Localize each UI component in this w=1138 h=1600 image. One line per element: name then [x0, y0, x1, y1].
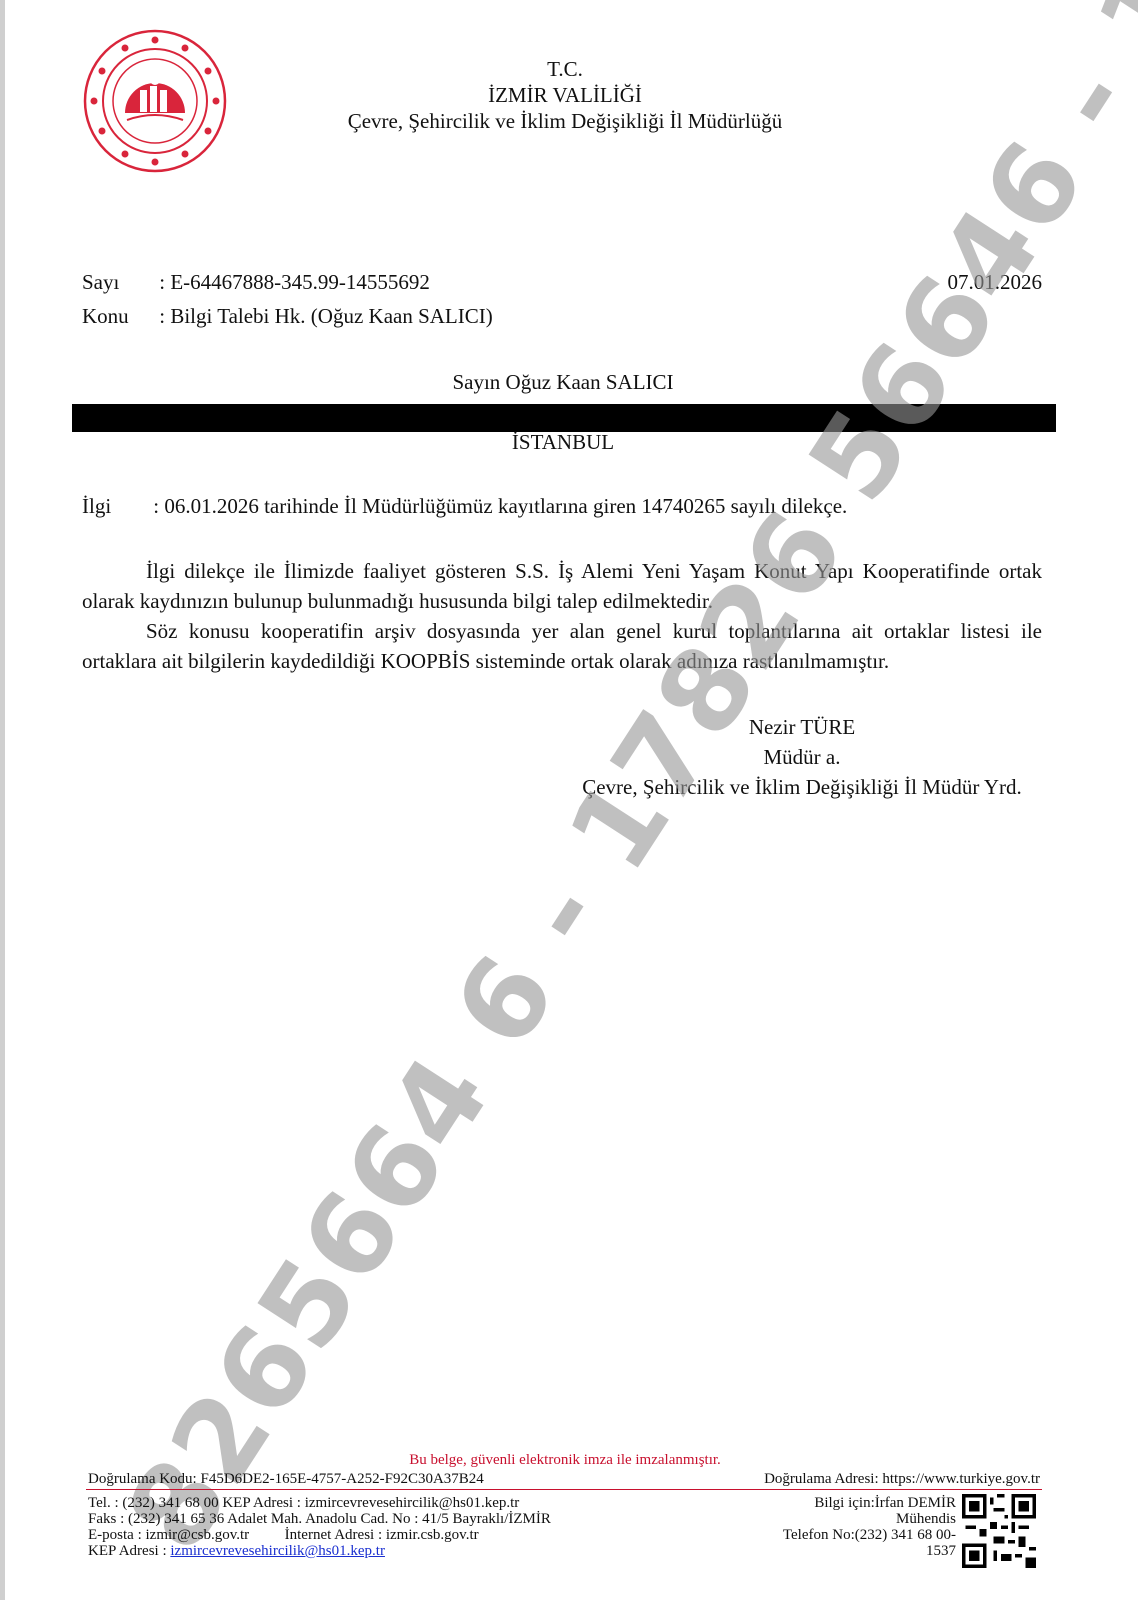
header-tc: T.C. [330, 56, 800, 82]
footer-faks: Faks : (232) 341 65 36 Adalet Mah. Anado… [88, 1511, 551, 1527]
page-edge [0, 0, 5, 1600]
addressee-city: İSTANBUL [72, 430, 1054, 455]
document-date: 07.01.2026 [948, 270, 1043, 295]
sayi-row: Sayı : E-64467888-345.99-14555692 [82, 270, 430, 295]
qr-code-icon[interactable] [962, 1494, 1036, 1568]
body-paragraph: Söz konusu kooperatifin arşiv dosyasında… [82, 616, 1042, 676]
konu-value: : Bilgi Talebi Hk. (Oğuz Kaan SALICI) [159, 304, 493, 328]
footer-divider [86, 1489, 1042, 1490]
signer-name: Nezir TÜRE [562, 712, 1042, 742]
ministry-seal-icon [82, 28, 228, 174]
footer-contact: Tel. : (232) 341 68 00 KEP Adresi : izmi… [88, 1495, 551, 1559]
addressee-name: Sayın Oğuz Kaan SALICI [72, 370, 1054, 395]
info-contact: Bilgi için:İrfan DEMİR Mühendis Telefon … [783, 1495, 956, 1559]
watermark: 8265664 6 - 17826 56646 - 178265664 6 - … [103, 77, 1138, 1574]
e-signature-notice: Bu belge, güvenli elektronik imza ile im… [70, 1452, 1060, 1469]
info-person: Bilgi için:İrfan DEMİR [783, 1495, 956, 1511]
letterhead: T.C. İZMİR VALİLİĞİ Çevre, Şehircilik ve… [330, 56, 800, 134]
footer-kep-row: KEP Adresi : izmircevrevesehircilik@hs01… [88, 1543, 551, 1559]
footer-internet: İnternet Adresi : izmir.csb.gov.tr [285, 1527, 479, 1543]
signer-title: Çevre, Şehircilik ve İklim Değişikliği İ… [562, 772, 1042, 802]
verification-code: Doğrulama Kodu: F45D6DE2-165E-4757-A252-… [88, 1471, 484, 1487]
ilgi-label: İlgi [82, 494, 148, 519]
verification-address: Doğrulama Adresi: https://www.turkiye.go… [764, 1471, 1040, 1487]
signer-role: Müdür a. [562, 742, 1042, 772]
footer-eposta-row: E-posta : izmir@csb.gov.tr İnternet Adre… [88, 1527, 551, 1543]
info-ext: 1537 [783, 1543, 956, 1559]
header-valilik: İZMİR VALİLİĞİ [330, 82, 800, 108]
signature-block: Nezir TÜRE Müdür a. Çevre, Şehircilik ve… [562, 712, 1042, 802]
ilgi-value: : 06.01.2026 tarihinde İl Müdürlüğümüz k… [153, 494, 847, 518]
redacted-address [72, 404, 1056, 432]
footer-tel: Tel. : (232) 341 68 00 KEP Adresi : izmi… [88, 1495, 551, 1511]
body-text: İlgi dilekçe ile İlimizde faaliyet göste… [82, 556, 1042, 676]
sayi-value: : E-64467888-345.99-14555692 [159, 270, 430, 294]
body-paragraph: İlgi dilekçe ile İlimizde faaliyet göste… [82, 556, 1042, 616]
konu-label: Konu [82, 304, 154, 329]
ilgi-row: İlgi : 06.01.2026 tarihinde İl Müdürlüğü… [82, 494, 847, 519]
header-directorate: Çevre, Şehircilik ve İklim Değişikliği İ… [330, 108, 800, 134]
kep-address-link[interactable]: izmircevrevesehircilik@hs01.kep.tr [170, 1543, 385, 1559]
footer-eposta: E-posta : izmir@csb.gov.tr [88, 1527, 249, 1543]
footer-kep-label: KEP Adresi : [88, 1543, 170, 1559]
konu-row: Konu : Bilgi Talebi Hk. (Oğuz Kaan SALIC… [82, 304, 493, 329]
info-phone: Telefon No:(232) 341 68 00- [783, 1527, 956, 1543]
info-role: Mühendis [783, 1511, 956, 1527]
sayi-label: Sayı [82, 270, 154, 295]
